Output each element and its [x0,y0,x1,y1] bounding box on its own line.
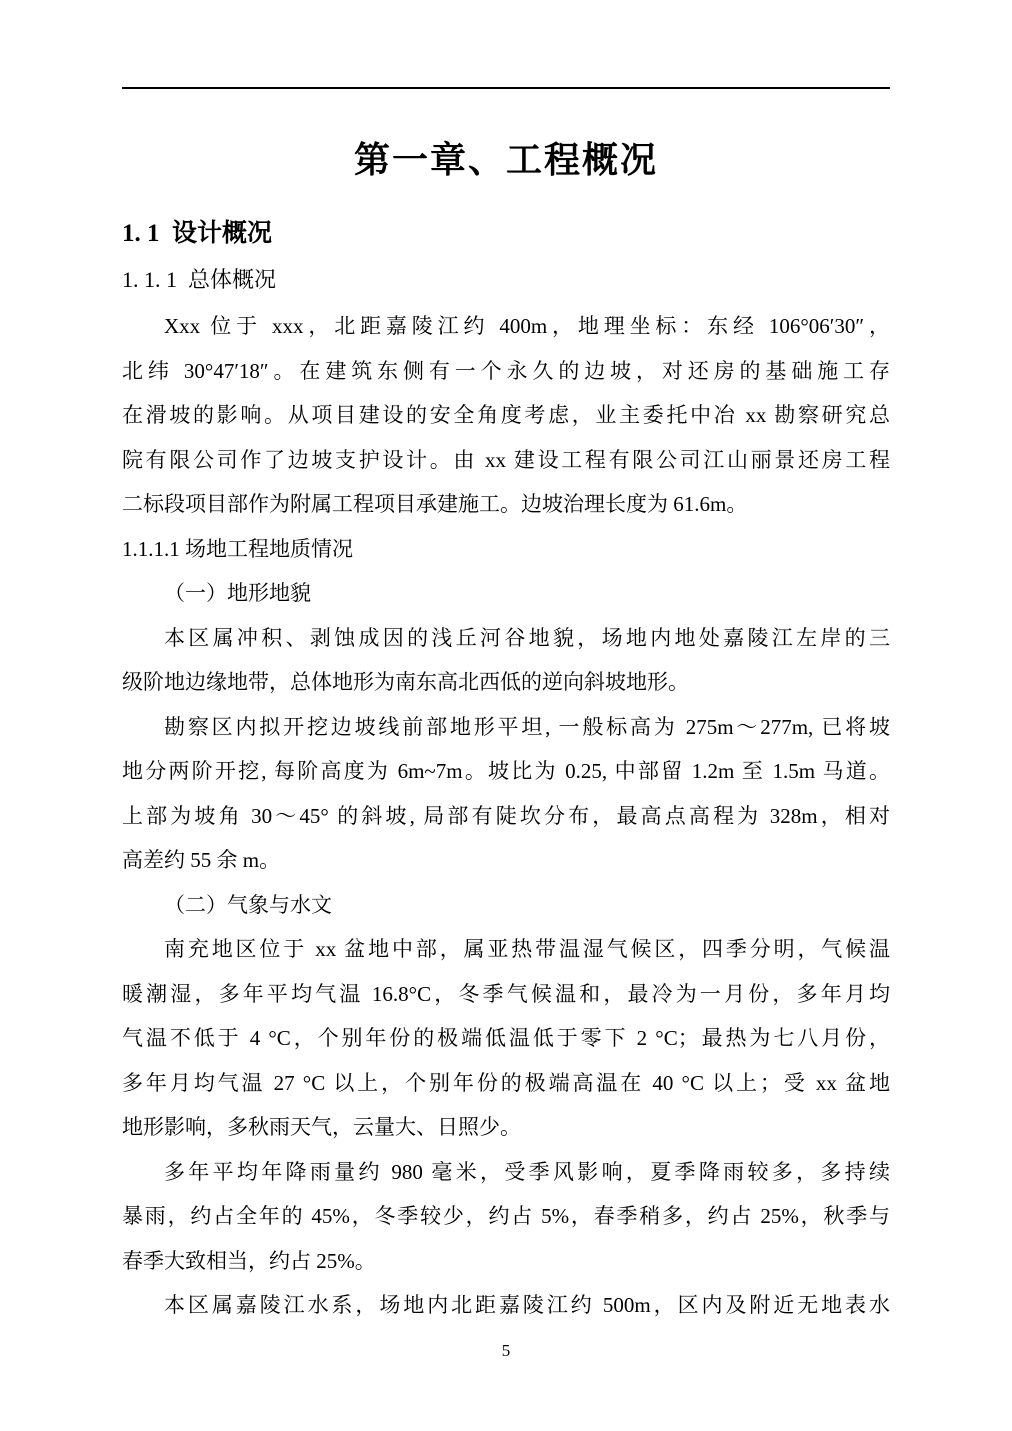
paragraph-line: 多年平均年降雨量约 980 毫米，受季风影响，夏季降雨较多，多持续 [122,1150,890,1195]
paragraph-line: 北纬 30°47′18″。在建筑东侧有一个永久的边坡，对还房的基础施工存 [122,349,890,394]
paragraph-line: 地分两阶开挖, 每阶高度为 6m~7m。坡比为 0.25, 中部留 1.2m 至… [122,749,890,794]
label-terrain: （一）地形地貌 [122,571,890,616]
page-number: 5 [0,1340,1012,1362]
label-weather: （二）气象与水文 [122,883,890,928]
paragraph-line: 气温不低于 4 °C，个别年份的极端低温低于零下 2 °C；最热为七八月份， [122,1016,890,1061]
paragraph-line: 暖潮湿，多年平均气温 16.8°C，冬季气候温和，最冷为一月份，多年月均 [122,972,890,1017]
paragraph-river: 本区属嘉陵江水系，场地内北距嘉陵江约 500m，区内及附近无地表水 [122,1283,890,1328]
paragraph-line: 本区属嘉陵江水系，场地内北距嘉陵江约 500m，区内及附近无地表水 [122,1283,890,1328]
paragraph-terrain-2: 勘察区内拟开挖边坡线前部地形平坦, 一般标高为 275m～277m, 已将坡 地… [122,705,890,883]
paragraph-line: 院有限公司作了边坡支护设计。由 xx 建设工程有限公司江山丽景还房工程 [122,438,890,483]
paragraph-line: 级阶地边缘地带，总体地形为南东高北西低的逆向斜坡地形。 [122,660,890,705]
subsection-heading-1-1-1: 1. 1. 1 总体概况 [122,264,890,296]
paragraph-line: 本区属冲积、剥蚀成因的浅丘河谷地貌，场地内地处嘉陵江左岸的三 [122,616,890,661]
paragraph-line: 春季大致相当，约占 25%。 [122,1239,890,1284]
paragraph-rainfall: 多年平均年降雨量约 980 毫米，受季风影响，夏季降雨较多，多持续 暴雨，约占全… [122,1150,890,1284]
section-heading-1-1: 1. 1 设计概况 [122,216,890,252]
document-body: 第一章、工程概况 1. 1 设计概况 1. 1. 1 总体概况 Xxx 位于 x… [122,88,890,1328]
paragraph-line: 二标段项目部作为附属工程项目承建施工。边坡治理长度为 61.6m。 [122,482,890,527]
label-line: （一）地形地貌 [122,571,890,616]
paragraph-terrain-1: 本区属冲积、剥蚀成因的浅丘河谷地貌，场地内地处嘉陵江左岸的三 级阶地边缘地带，总… [122,616,890,705]
paragraph-line: Xxx 位于 xxx，北距嘉陵江约 400m，地理坐标：东经 106°06′30… [122,304,890,349]
paragraph-line: 勘察区内拟开挖边坡线前部地形平坦, 一般标高为 275m～277m, 已将坡 [122,705,890,750]
chapter-title: 第一章、工程概况 [122,133,890,188]
paragraph-line: 暴雨，约占全年的 45%，冬季较少，约占 5%，春季稍多，约占 25%，秋季与 [122,1194,890,1239]
paragraph-line: 高差约 55 余 m。 [122,838,890,883]
label-line: （二）气象与水文 [122,883,890,928]
paragraph-line: 南充地区位于 xx 盆地中部，属亚热带温湿气候区，四季分明，气候温 [122,927,890,972]
document-page: { "doc": { "chapter_title": "第一章、工程概况", … [0,0,1012,1431]
paragraph-line: 地形影响，多秋雨天气，云量大、日照少。 [122,1105,890,1150]
paragraph-location: Xxx 位于 xxx，北距嘉陵江约 400m，地理坐标：东经 106°06′30… [122,304,890,527]
paragraph-line: 在滑坡的影响。从项目建设的安全角度考虑，业主委托中冶 xx 勘察研究总 [122,393,890,438]
heading-line: 1.1.1.1 场地工程地质情况 [122,527,890,572]
heading-site-geology: 1.1.1.1 场地工程地质情况 [122,527,890,572]
paragraph-weather: 南充地区位于 xx 盆地中部，属亚热带温湿气候区，四季分明，气候温 暖潮湿，多年… [122,927,890,1150]
paragraph-line: 多年月均气温 27 °C 以上，个别年份的极端高温在 40 °C 以上；受 xx… [122,1061,890,1106]
paragraph-line: 上部为坡角 30～45° 的斜坡, 局部有陡坎分布，最高点高程为 328m，相对 [122,794,890,839]
